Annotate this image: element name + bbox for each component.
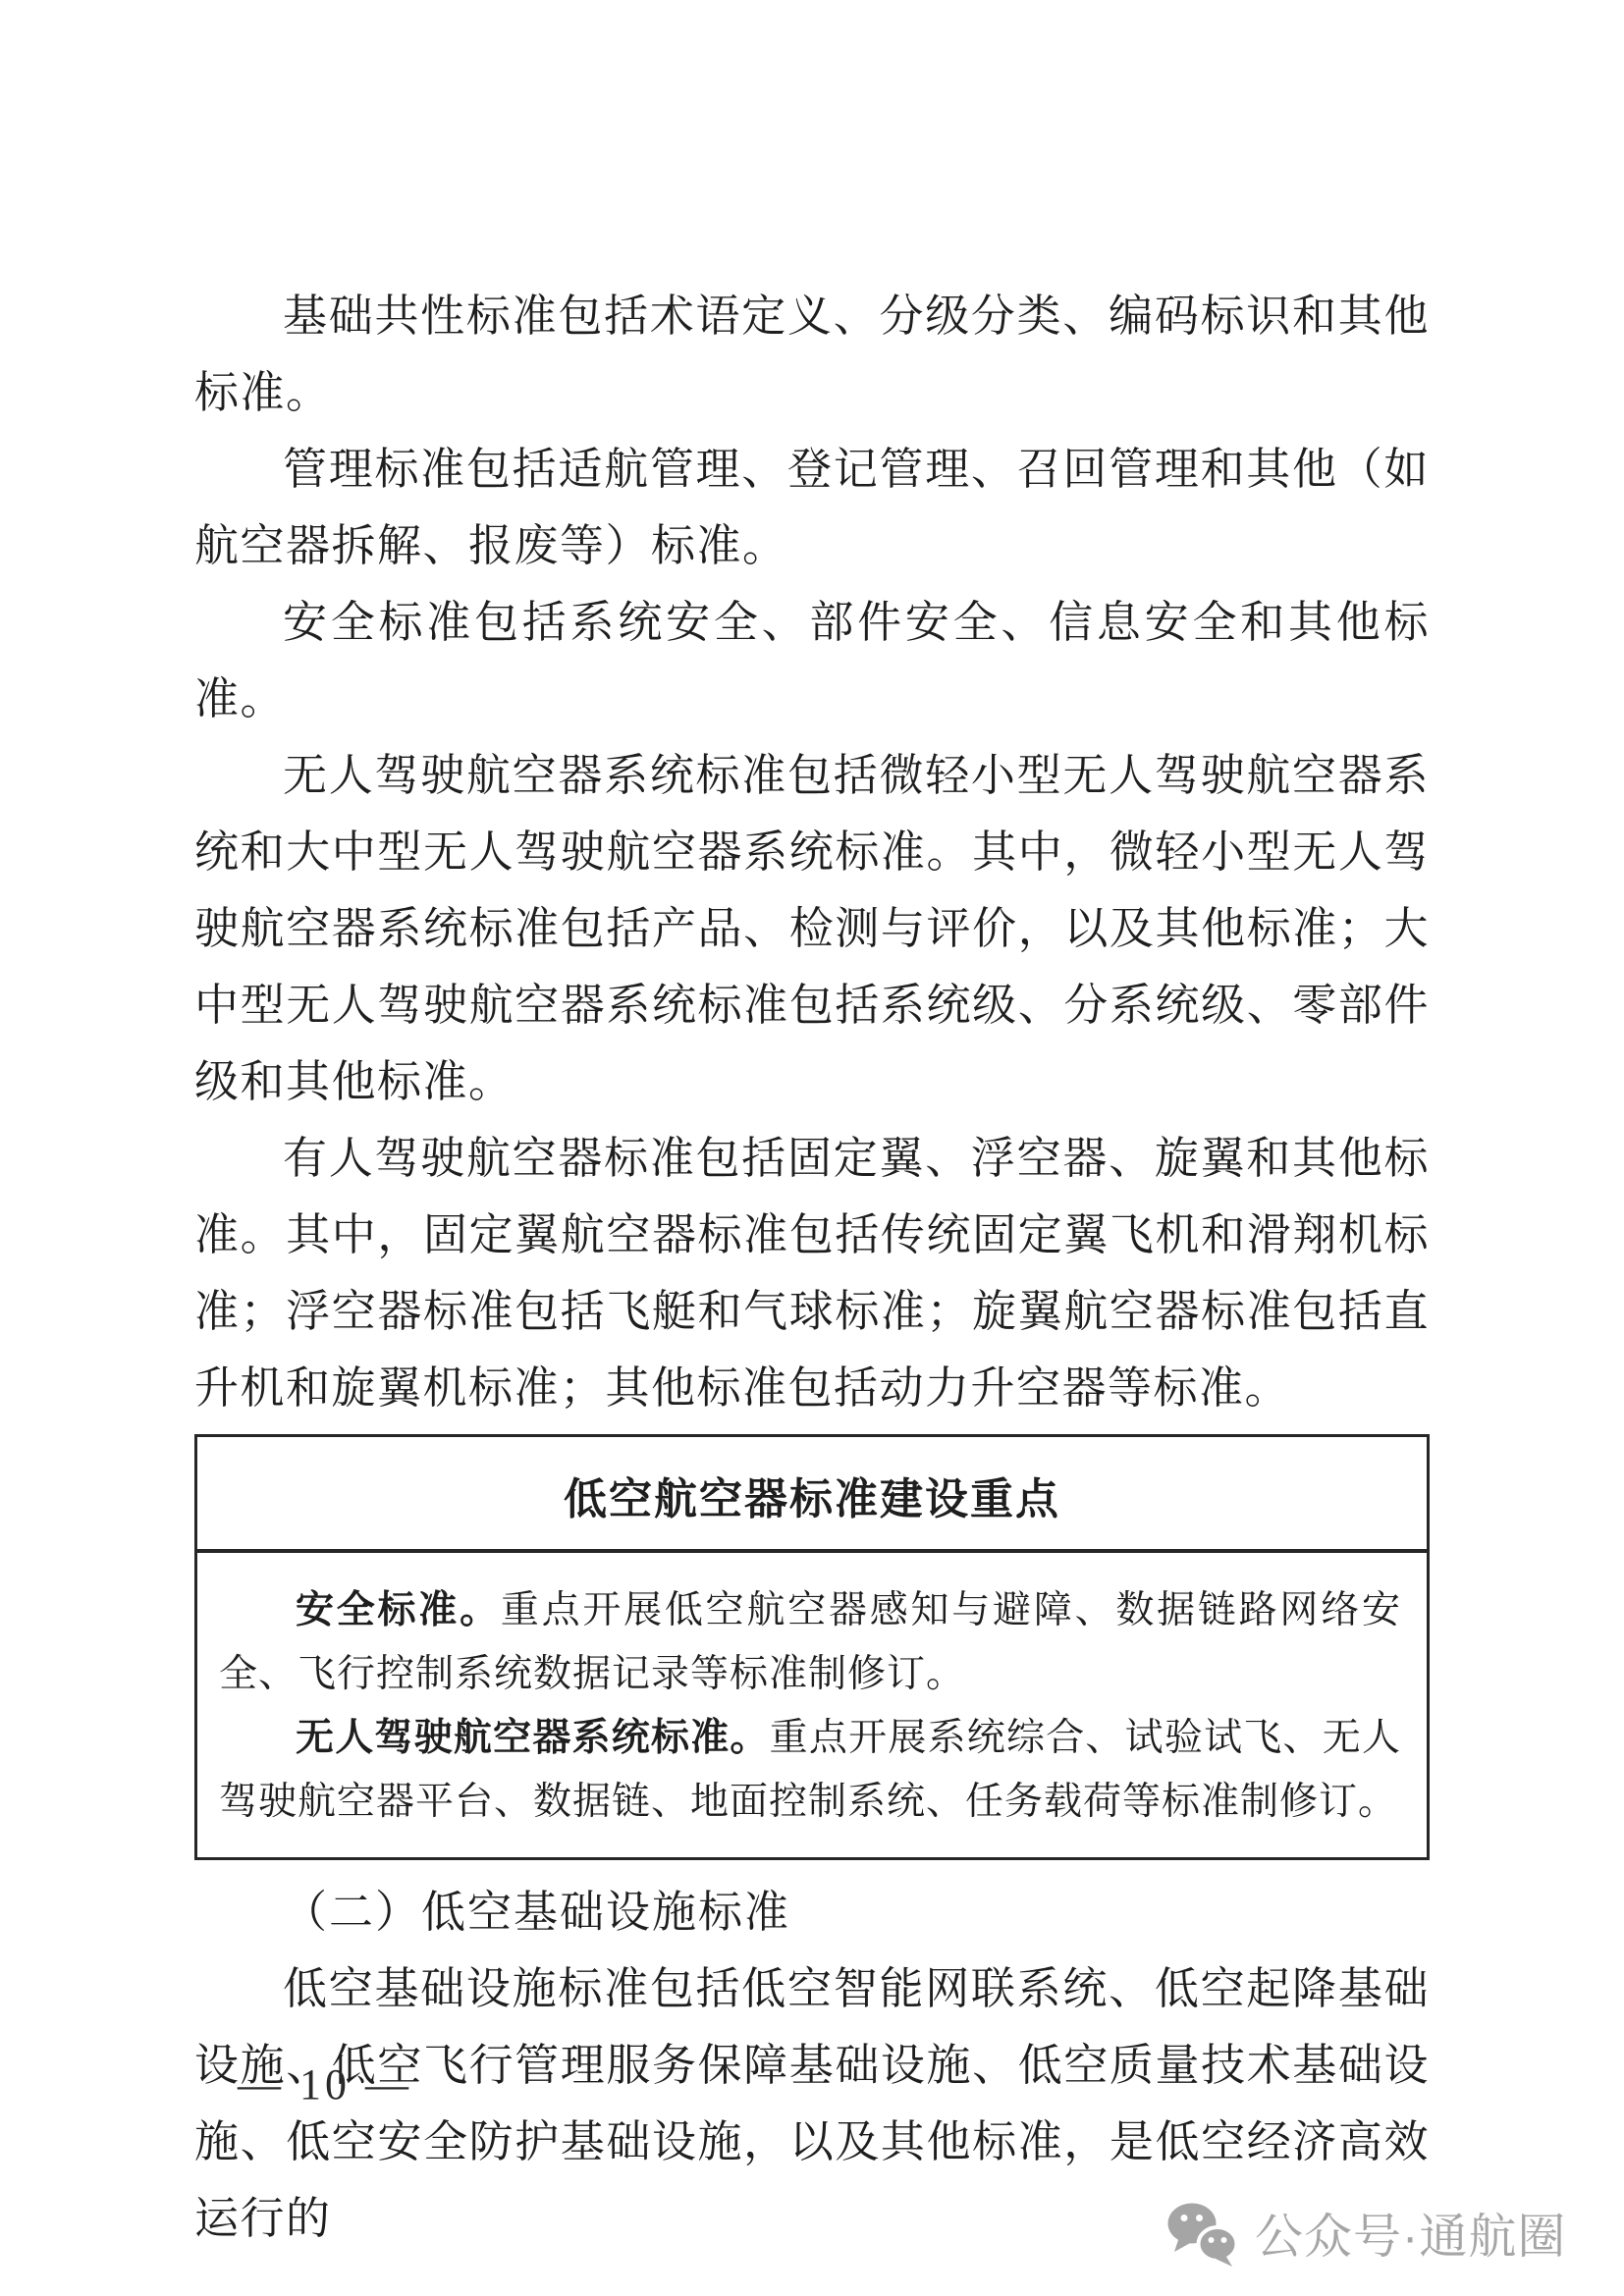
key-points-table: 低空航空器标准建设重点 安全标准。重点开展低空航空器感知与避障、数据链路网络安全… — [194, 1434, 1430, 1860]
body-paragraph-manned-aircraft-standards: 有人驾驶航空器标准包括固定翼、浮空器、旋翼和其他标准。其中，固定翼航空器标准包括… — [194, 1120, 1430, 1426]
wechat-icon — [1164, 2201, 1241, 2267]
table-item-safety: 安全标准。重点开展低空航空器感知与避障、数据链路网络安全、飞行控制系统数据记录等… — [219, 1578, 1401, 1706]
table-title: 低空航空器标准建设重点 — [197, 1437, 1427, 1553]
table-item-unmanned-system: 无人驾驶航空器系统标准。重点开展系统综合、试验试飞、无人驾驶航空器平台、数据链、… — [219, 1706, 1401, 1834]
body-paragraph-basic-common-standards: 基础共性标准包括术语定义、分级分类、编码标识和其他标准。 — [194, 278, 1430, 431]
body-paragraph-unmanned-aircraft-standards: 无人驾驶航空器系统标准包括微轻小型无人驾驶航空器系统和大中型无人驾驶航空器系统标… — [194, 737, 1430, 1120]
body-paragraph-safety-standards: 安全标准包括系统安全、部件安全、信息安全和其他标准。 — [194, 584, 1430, 737]
watermark-text: 公众号·通航圈 — [1255, 2199, 1566, 2268]
table-item-lead: 安全标准。 — [296, 1589, 501, 1631]
section-heading-infrastructure: （二）低空基础设施标准 — [194, 1874, 1430, 1950]
table-item-lead: 无人驾驶航空器系统标准。 — [296, 1717, 770, 1759]
watermark: 公众号·通航圈 — [1164, 2199, 1566, 2268]
body-paragraph-management-standards: 管理标准包括适航管理、登记管理、召回管理和其他（如航空器拆解、报废等）标准。 — [194, 431, 1430, 584]
page-content: 基础共性标准包括术语定义、分级分类、编码标识和其他标准。 管理标准包括适航管理、… — [194, 278, 1430, 2257]
table-body: 安全标准。重点开展低空航空器感知与避障、数据链路网络安全、飞行控制系统数据记录等… — [197, 1553, 1427, 1857]
page-number: — 10 — — [238, 2059, 412, 2109]
